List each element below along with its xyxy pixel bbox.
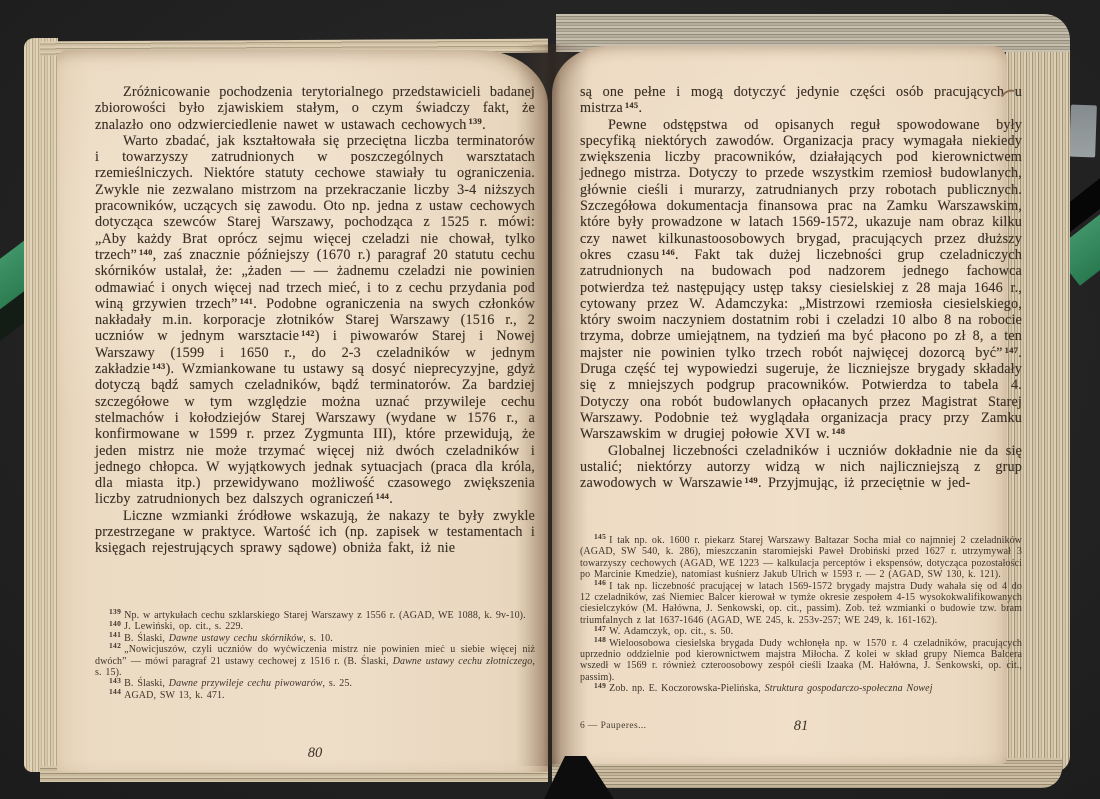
- footnote-148: 148Wieloosobowa ciesielska brygada Dudy …: [580, 638, 1022, 684]
- paragraph: Zróżnicowanie pochodzenia terytorialnego…: [95, 84, 535, 133]
- left-page-number: 80: [95, 745, 535, 762]
- photo-of-open-book: { "colors": { "background": "#1d1d1d", "…: [0, 0, 1100, 799]
- page-stack-left-edge: [24, 38, 58, 772]
- paragraph: Globalnej liczebności czeladników i uczn…: [580, 443, 1022, 492]
- right-page-number: 81: [580, 718, 1022, 735]
- paragraph: Liczne wzmianki źródłowe wskazują, że na…: [95, 508, 535, 557]
- footnote-144: 144AGAD, SW 13, k. 471.: [95, 690, 535, 701]
- footnote-146: 146I tak np. liczebność pracującej w lat…: [580, 581, 1022, 627]
- footnote-142: 142„Nowicjuszów, czyli uczniów do wyćwic…: [95, 644, 535, 678]
- paragraph: są one pełne i mogą dotyczyć jedynie czę…: [580, 84, 1022, 117]
- paragraph: Pewne odstępstwa od opisanych reguł spow…: [580, 117, 1022, 443]
- right-page: są one pełne i mogą dotyczyć jedynie czę…: [552, 46, 1007, 764]
- open-book: Zróżnicowanie pochodzenia terytorialnego…: [0, 0, 1100, 799]
- left-page: Zróżnicowanie pochodzenia terytorialnego…: [57, 50, 548, 772]
- footnote-147: 147W. Adamczyk, op. cit., s. 50.: [580, 626, 1022, 637]
- footnote-145: 145I tak np. ok. 1600 r. piekarz Starej …: [580, 535, 1022, 581]
- footnote-140: 140J. Lewiński, op. cit., s. 229.: [95, 621, 535, 632]
- left-page-footnotes: 139Np. w artykułach cechu szklarskiego S…: [95, 610, 535, 701]
- footnote-139: 139Np. w artykułach cechu szklarskiego S…: [95, 610, 535, 621]
- footnote-149: 149Zob. np. E. Koczorowska-Pielińska, St…: [580, 683, 1022, 694]
- footnote-141: 141B. Ślaski, Dawne ustawy cechu skórnik…: [95, 633, 535, 644]
- left-page-body-text: Zróżnicowanie pochodzenia terytorialnego…: [95, 84, 535, 557]
- right-page-body-text: są one pełne i mogą dotyczyć jedynie czę…: [580, 84, 1022, 491]
- footnote-143: 143B. Ślaski, Dawne przywileje cechu piw…: [95, 678, 535, 689]
- right-page-footnotes: 145I tak np. ok. 1600 r. piekarz Starej …: [580, 535, 1022, 695]
- paragraph: Warto zbadać, jak kształtowała się przec…: [95, 133, 535, 508]
